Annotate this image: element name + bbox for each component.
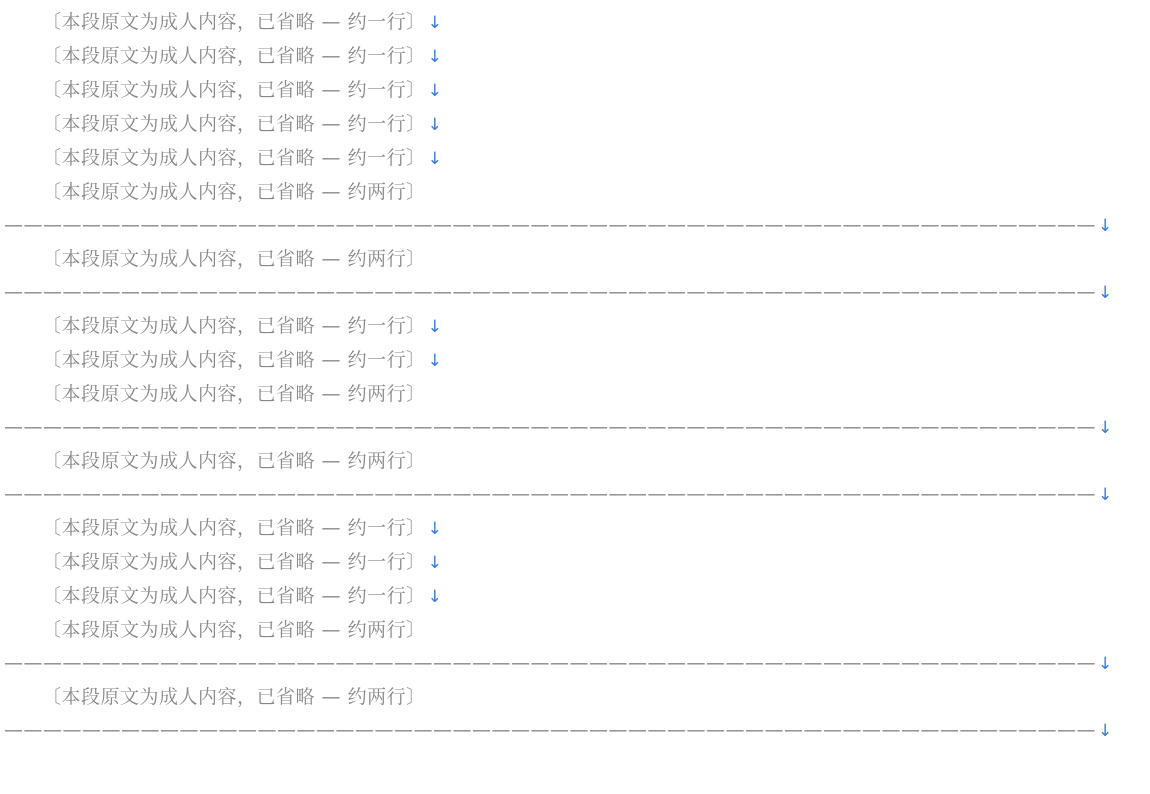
paragraph: 〔本段原文为成人内容，已省略 — 约两行〕 ——————————————————… bbox=[4, 243, 1146, 310]
paragraph-mark-icon: ↓ bbox=[428, 311, 443, 344]
redacted-text: 〔本段原文为成人内容，已省略 — 约两行〕 ——————————————————… bbox=[4, 619, 1096, 674]
paragraph-mark-icon: ↓ bbox=[428, 41, 443, 74]
redacted-text: 〔本段原文为成人内容，已省略 — 约两行〕 ——————————————————… bbox=[4, 450, 1096, 505]
paragraph: 〔本段原文为成人内容，已省略 — 约一行〕↓ bbox=[4, 6, 1146, 40]
paragraph: 〔本段原文为成人内容，已省略 — 约两行〕 ——————————————————… bbox=[4, 681, 1146, 748]
paragraph: 〔本段原文为成人内容，已省略 — 约两行〕 ——————————————————… bbox=[4, 176, 1146, 243]
paragraph-mark-icon: ↓ bbox=[428, 143, 443, 176]
paragraph-mark-icon: ↓ bbox=[428, 581, 443, 614]
redacted-text: 〔本段原文为成人内容，已省略 — 约一行〕 bbox=[42, 585, 426, 607]
paragraph: 〔本段原文为成人内容，已省略 — 约一行〕↓ bbox=[4, 108, 1146, 142]
paragraph: 〔本段原文为成人内容，已省略 — 约一行〕↓ bbox=[4, 310, 1146, 344]
paragraph: 〔本段原文为成人内容，已省略 — 约一行〕↓ bbox=[4, 142, 1146, 176]
redacted-text: 〔本段原文为成人内容，已省略 — 约一行〕 bbox=[42, 113, 426, 135]
redacted-text: 〔本段原文为成人内容，已省略 — 约一行〕 bbox=[42, 79, 426, 101]
paragraph-mark-icon: ↓ bbox=[428, 7, 443, 40]
paragraph-mark-icon: ↓ bbox=[1098, 648, 1113, 681]
paragraph-mark-icon: ↓ bbox=[1098, 412, 1113, 445]
paragraph: 〔本段原文为成人内容，已省略 — 约一行〕↓ bbox=[4, 74, 1146, 108]
paragraph-mark-icon: ↓ bbox=[1098, 715, 1113, 748]
paragraph-mark-icon: ↓ bbox=[428, 109, 443, 142]
redacted-text: 〔本段原文为成人内容，已省略 — 约一行〕 bbox=[42, 517, 426, 539]
paragraph: 〔本段原文为成人内容，已省略 — 约一行〕↓ bbox=[4, 512, 1146, 546]
paragraph: 〔本段原文为成人内容，已省略 — 约一行〕↓ bbox=[4, 580, 1146, 614]
paragraph-mark-icon: ↓ bbox=[1098, 479, 1113, 512]
redacted-text: 〔本段原文为成人内容，已省略 — 约两行〕 ——————————————————… bbox=[4, 181, 1096, 236]
paragraph-mark-icon: ↓ bbox=[428, 547, 443, 580]
paragraph: 〔本段原文为成人内容，已省略 — 约一行〕↓ bbox=[4, 40, 1146, 74]
paragraph-mark-icon: ↓ bbox=[428, 513, 443, 546]
paragraph-mark-icon: ↓ bbox=[428, 75, 443, 108]
paragraph: 〔本段原文为成人内容，已省略 — 约两行〕 ——————————————————… bbox=[4, 445, 1146, 512]
paragraph: 〔本段原文为成人内容，已省略 — 约两行〕 ——————————————————… bbox=[4, 614, 1146, 681]
paragraph: 〔本段原文为成人内容，已省略 — 约两行〕 ——————————————————… bbox=[4, 378, 1146, 445]
redacted-text: 〔本段原文为成人内容，已省略 — 约一行〕 bbox=[42, 349, 426, 371]
redacted-text: 〔本段原文为成人内容，已省略 — 约一行〕 bbox=[42, 45, 426, 67]
redacted-text: 〔本段原文为成人内容，已省略 — 约一行〕 bbox=[42, 147, 426, 169]
paragraph-container: 〔本段原文为成人内容，已省略 — 约一行〕↓〔本段原文为成人内容，已省略 — 约… bbox=[4, 6, 1146, 748]
paragraph-mark-icon: ↓ bbox=[428, 345, 443, 378]
redacted-text: 〔本段原文为成人内容，已省略 — 约两行〕 ——————————————————… bbox=[4, 383, 1096, 438]
redacted-text: 〔本段原文为成人内容，已省略 — 约一行〕 bbox=[42, 11, 426, 33]
paragraph-mark-icon: ↓ bbox=[1098, 277, 1113, 310]
redacted-text: 〔本段原文为成人内容，已省略 — 约一行〕 bbox=[42, 315, 426, 337]
document-page: 〔本段原文为成人内容，已省略 — 约一行〕↓〔本段原文为成人内容，已省略 — 约… bbox=[0, 0, 1150, 794]
paragraph: 〔本段原文为成人内容，已省略 — 约一行〕↓ bbox=[4, 344, 1146, 378]
redacted-text: 〔本段原文为成人内容，已省略 — 约两行〕 ——————————————————… bbox=[4, 248, 1096, 303]
redacted-text: 〔本段原文为成人内容，已省略 — 约两行〕 ——————————————————… bbox=[4, 686, 1096, 741]
paragraph: 〔本段原文为成人内容，已省略 — 约一行〕↓ bbox=[4, 546, 1146, 580]
paragraph-mark-icon: ↓ bbox=[1098, 210, 1113, 243]
redacted-text: 〔本段原文为成人内容，已省略 — 约一行〕 bbox=[42, 551, 426, 573]
